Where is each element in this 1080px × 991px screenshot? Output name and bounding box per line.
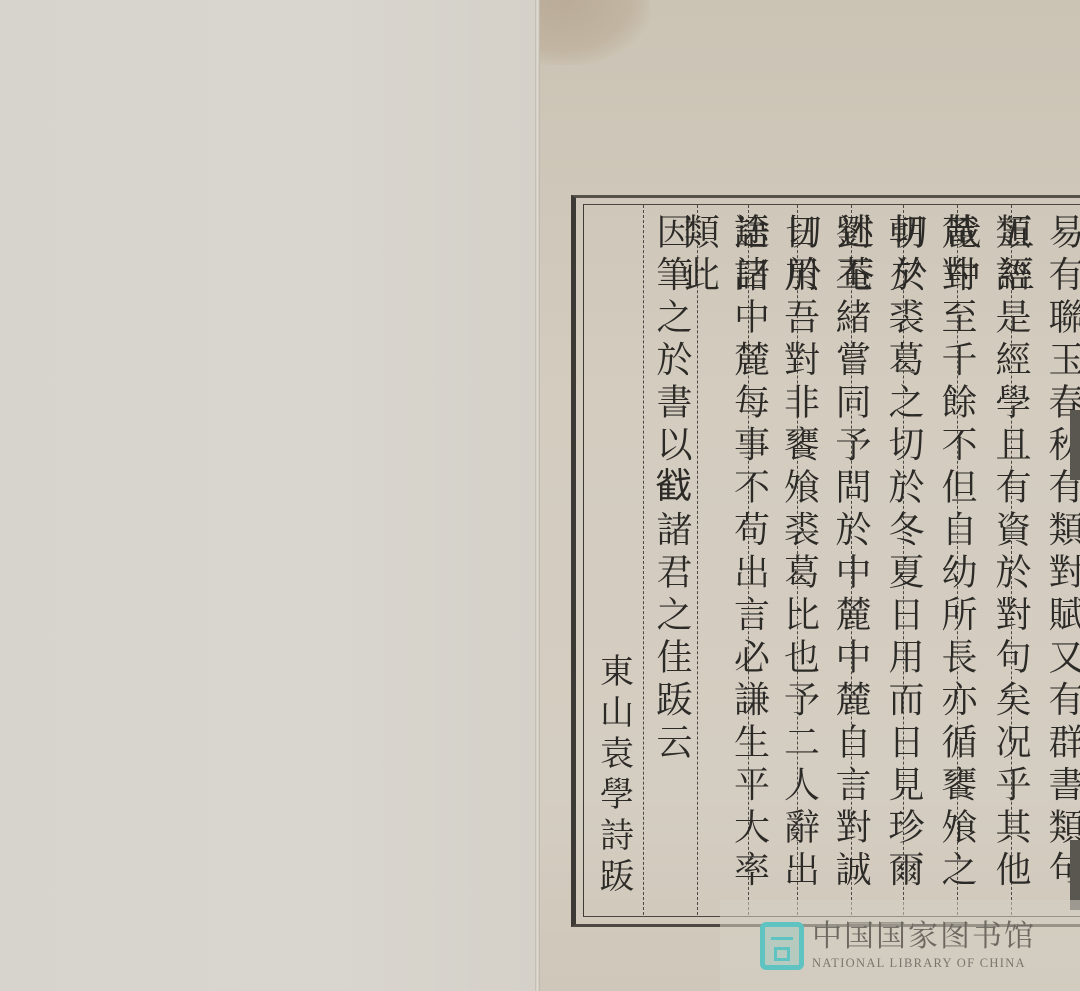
signature-column: 東山袁學詩䟦: [584, 205, 643, 915]
watermark-chinese: 中国国家图书馆: [812, 920, 1036, 954]
fishtail-upper: [1070, 410, 1080, 480]
block-center-fishtail-marks: [1066, 400, 1080, 920]
watermark-english: NATIONAL LIBRARY OF CHINA: [812, 956, 1036, 971]
library-watermark: 中国国家图书馆 NATIONAL LIBRARY OF CHINA: [720, 900, 1080, 991]
column-text: 因筆之於書以𢧵諸君之佳䟦云: [646, 213, 696, 766]
blank-left-page: [0, 0, 537, 991]
text-column-8: 因筆之於書以𢧵諸君之佳䟦云: [643, 205, 698, 915]
signature-text: 東山袁學詩䟦: [589, 653, 639, 899]
text-column-7: 途曰中麓每事不苟出言必謙生平大率類此: [697, 205, 749, 915]
water-stain: [540, 0, 650, 65]
library-logo-icon: [760, 922, 804, 970]
